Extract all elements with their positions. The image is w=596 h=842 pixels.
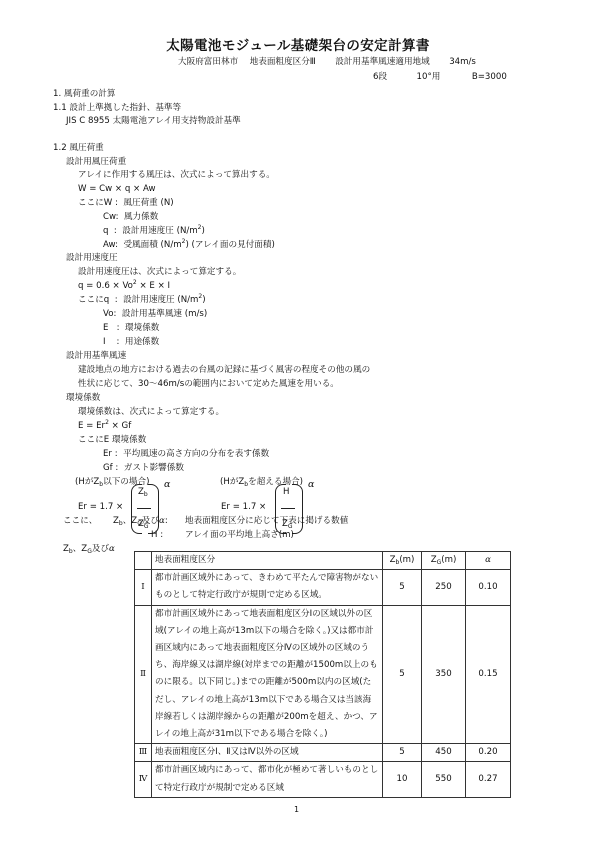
table-header-row: 地表面粗度区分 Zb(m) ZG(m) α xyxy=(135,552,511,570)
table-caption: Zb、ZG及びα xyxy=(63,545,115,554)
env-coef-heading: 環境係数 xyxy=(66,394,100,403)
tilt-angle: 10°用 xyxy=(417,73,441,82)
header-zb: Zb(m) xyxy=(383,552,422,570)
table-row: Ⅱ 都市計画区域外にあって地表面粗度区分Ⅰの区域以外の区域(アレイの地上高が13… xyxy=(135,605,511,744)
wind-load-intro: アレイに作用する風圧は、次式によって算出する。 xyxy=(78,171,275,180)
table-row: Ⅰ 都市計画区域外にあって、きわめて平たんで障害物がないものとして特定行政庁が規… xyxy=(135,570,511,605)
where2-label: ここに、 xyxy=(63,517,97,526)
velocity-pressure-intro: 設計用速度圧は、次式によって算定する。 xyxy=(78,268,241,277)
where2-desc1: 地表面粗度区分に応じて下表に掲げる数値 xyxy=(185,517,348,526)
where2-sym1: Zb、ZG及びα: xyxy=(113,517,168,526)
def-vo: Vo: 設計用基準風速 (m/s) xyxy=(103,310,207,319)
env-coef-formula: E = Er2 × Gf xyxy=(78,422,131,431)
where2-desc2: アレイ面の平均地上高さ(m) xyxy=(185,531,294,540)
document-title: 太陽電池モジュール基礎架台の安定計算書 xyxy=(0,40,596,54)
table-row: Ⅲ 地表面粗度区分Ⅰ、Ⅱ又はⅣ以外の区域 5 450 0.20 xyxy=(135,744,511,762)
def-aw: Aw: 受風面積 (N/m2) (アレイ面の見付面積) xyxy=(103,241,275,250)
table-row: Ⅳ 都市計画区域内にあって、都市化が極めて著しいものとして特定行政庁が規制で定め… xyxy=(135,762,511,797)
env-coef-where: ここにE 環境係数 xyxy=(78,436,146,445)
case-above-zb: (HがZbを超える場合) xyxy=(220,478,303,487)
location: 大阪府富田林市 xyxy=(178,57,238,67)
def-gf: Gf : ガスト影響係数 xyxy=(103,464,184,473)
header-roughness: 地表面粗度区分 xyxy=(152,552,383,570)
section-1-2-heading: 1.2 風圧荷重 xyxy=(53,144,104,153)
wind-load-formula: W = Cw × q × Aw xyxy=(78,185,156,194)
array-width: B=3000 xyxy=(472,73,507,82)
exponent-alpha: α xyxy=(308,480,314,490)
wind-area-label: 設計用基準風速適用地域 xyxy=(335,57,430,67)
base-wind-heading: 設計用基準風速 xyxy=(66,352,126,361)
velocity-where: ここにq : 設計用速度圧 (N/m2) xyxy=(78,296,206,305)
header-conditions: 大阪府富田林市 地表面粗度区分Ⅲ 設計用基準風速適用地域 34m/s xyxy=(178,58,476,67)
def-i: I : 用途係数 xyxy=(103,338,159,347)
roughness-table: 地表面粗度区分 Zb(m) ZG(m) α Ⅰ 都市計画区域外にあって、きわめて… xyxy=(134,551,511,798)
wind-load-heading: 設計用風圧荷重 xyxy=(66,158,126,167)
roughness-class: 地表面粗度区分Ⅲ xyxy=(250,57,316,67)
def-cw: Cw: 風力係数 xyxy=(103,213,158,222)
right-paren xyxy=(292,484,303,534)
header-specs: 6段 10°用 B=3000 xyxy=(373,73,507,82)
wind-speed: 34m/s xyxy=(449,57,476,67)
section-1-1-heading: 1.1 設計上準拠した指針、基準等 xyxy=(53,104,181,113)
section-1-heading: 1. 風荷重の計算 xyxy=(53,90,116,99)
header-blank xyxy=(135,552,152,570)
def-q: q : 設計用速度圧 (N/m2) xyxy=(103,227,205,236)
numerator: H xyxy=(283,488,289,497)
header-alpha: α xyxy=(466,552,511,570)
wind-load-where: ここにW : 風圧荷重 (N) xyxy=(78,199,174,208)
velocity-pressure-heading: 設計用速度圧 xyxy=(66,254,118,263)
base-wind-line1: 建設地点の地方における過去の台風の記録に基づく風害の程度その他の風の xyxy=(78,366,370,375)
velocity-pressure-formula: q = 0.6 × Vo2 × E × I xyxy=(78,282,170,291)
exponent-alpha: α xyxy=(164,480,170,490)
standard-reference: JIS C 8955 太陽電池アレイ用支持物設計基準 xyxy=(66,117,241,126)
numerator: Zb xyxy=(138,488,148,497)
right-paren xyxy=(148,484,159,534)
env-coef-intro: 環境係数は、次式によって算定する。 xyxy=(78,408,224,417)
header-zg: ZG(m) xyxy=(422,552,466,570)
def-e: E : 環境係数 xyxy=(103,324,159,333)
page-number: 1 xyxy=(294,806,299,814)
base-wind-line2: 性状に応じて、30～46m/sの範囲内において定めた風速を用いる。 xyxy=(78,380,339,389)
where2-sym2: H : xyxy=(151,531,163,540)
tiers: 6段 xyxy=(373,73,387,82)
def-er: Er : 平均風速の高さ方向の分布を表す係数 xyxy=(103,450,269,459)
